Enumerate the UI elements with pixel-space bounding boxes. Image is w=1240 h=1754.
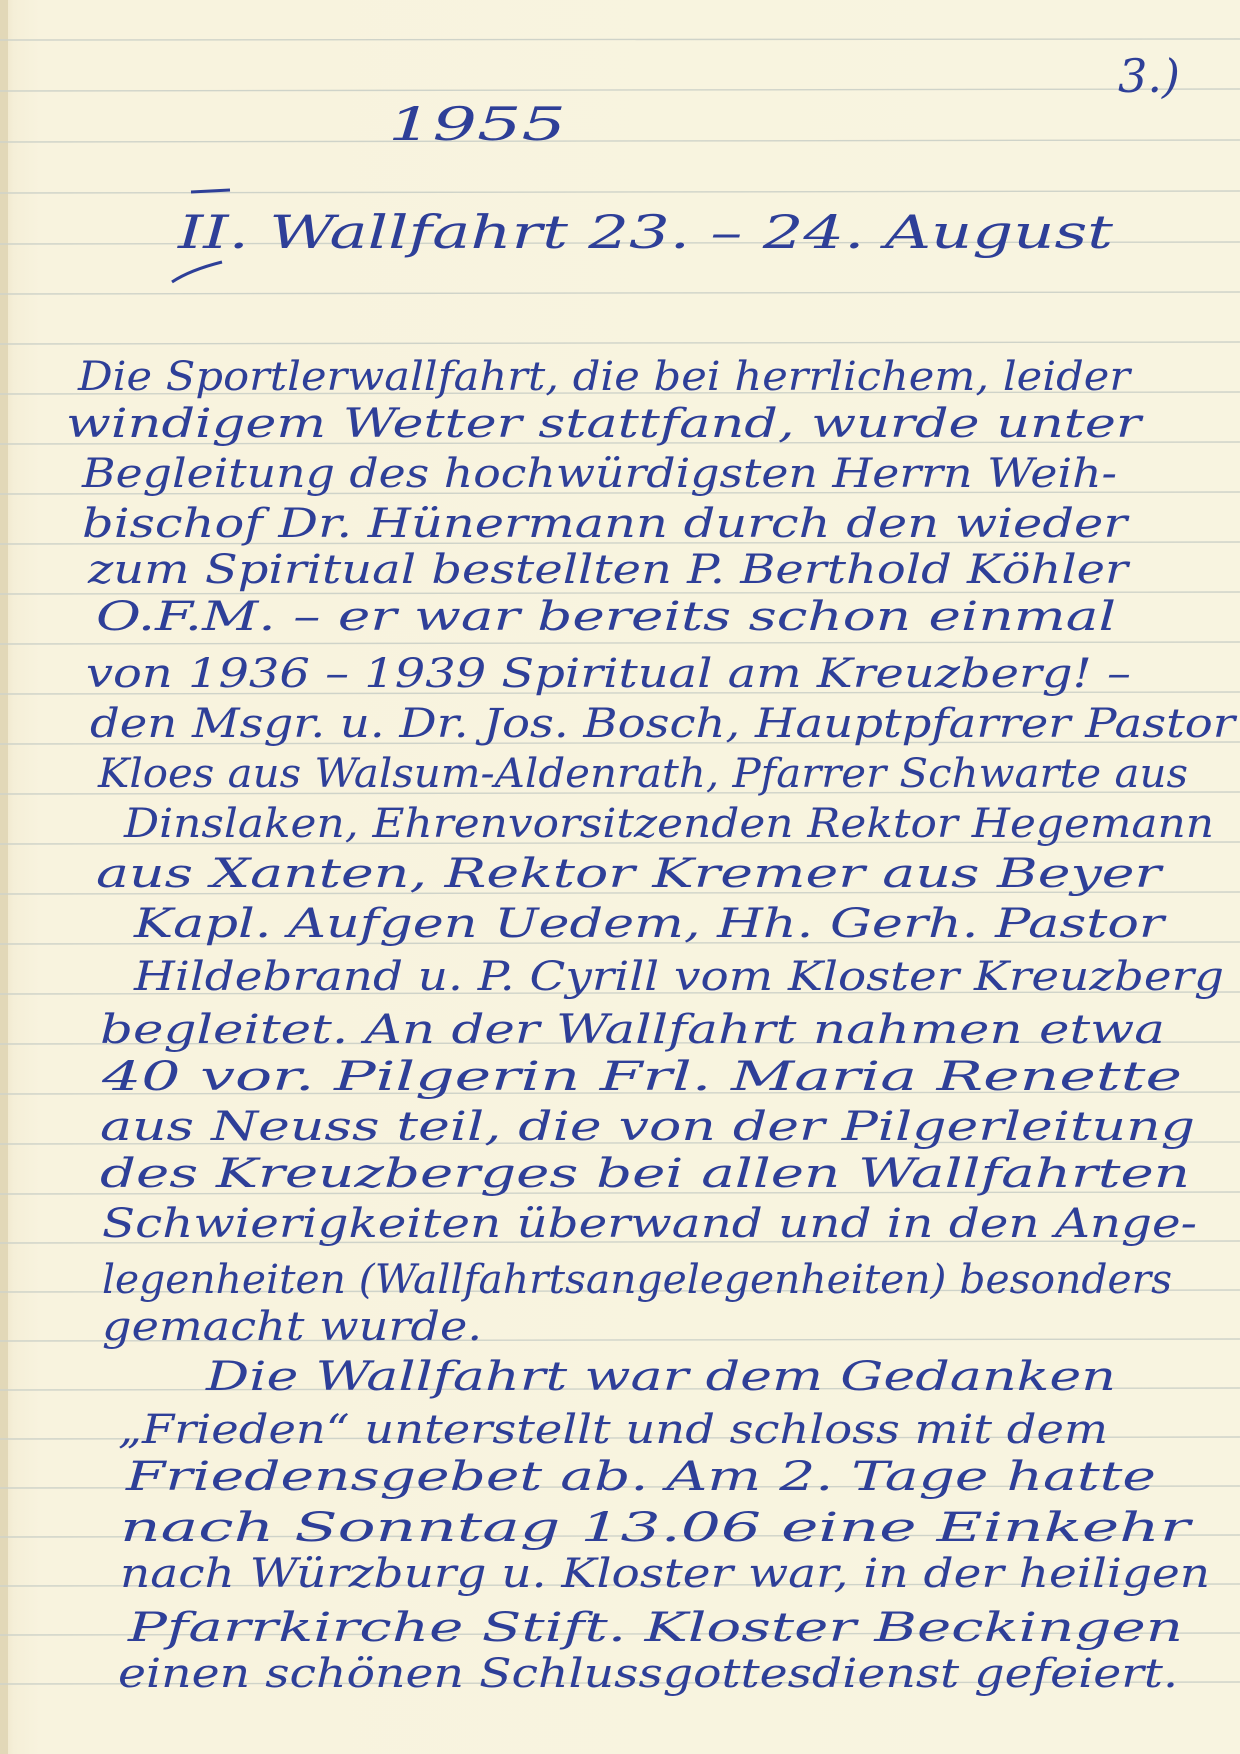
- body-line: des Kreuzberges bei allen Wallfahrten: [100, 1151, 1190, 1197]
- body-line: Die Wallfahrt war dem Gedanken: [205, 1354, 1116, 1400]
- body-line: 40 vor. Pilgerin Frl. Maria Renette: [100, 1054, 1182, 1100]
- body-line: windigem Wetter stattfand, wurde unter: [66, 401, 1145, 447]
- body-line: Friedensgebet ab. Am 2. Tage hatte: [125, 1454, 1156, 1500]
- body-line: von 1936 – 1939 Spiritual am Kreuzberg! …: [86, 651, 1131, 697]
- body-line: O.F.M. – er war bereits schon einmal: [96, 594, 1116, 640]
- body-line: zum Spiritual bestellten P. Berthold Köh…: [87, 547, 1132, 593]
- body-line: gemacht wurde.: [102, 1304, 482, 1350]
- body-line: Pfarrkirche Stift. Kloster Beckingen: [127, 1605, 1183, 1651]
- body-line: aus Xanten, Rektor Kremer aus Beyer: [96, 851, 1165, 897]
- body-line: nach Würzburg u. Kloster war, in der hei…: [120, 1551, 1210, 1597]
- year-heading: 1955: [388, 97, 566, 151]
- page-number: 3.): [1118, 49, 1180, 103]
- body-line: Die Sportlerwallfahrt, die bei herrliche…: [77, 354, 1133, 400]
- body-line: Kloes aus Walsum-Aldenrath, Pfarrer Schw…: [97, 751, 1188, 797]
- body-line: einen schönen Schlussgottesdienst gefeie…: [118, 1651, 1178, 1697]
- body-line: nach Sonntag 13.06 eine Einkehr: [120, 1505, 1195, 1551]
- body-line: „Frieden“ unterstellt und schloss mit de…: [118, 1407, 1108, 1453]
- body-line: Hildebrand u. P. Cyrill vom Kloster Kreu…: [133, 954, 1224, 1000]
- body-line: Dinslaken, Ehrenvorsitzenden Rektor Hege…: [123, 801, 1214, 847]
- ruled-lines: 3.) 1955 II. Wallfahrt 23. – 24. August …: [0, 0, 1240, 1754]
- body-line: begleitet. An der Wallfahrt nahmen etwa: [100, 1007, 1165, 1053]
- body-line: den Msgr. u. Dr. Jos. Bosch, Hauptpfarre…: [90, 701, 1238, 747]
- body-line: Schwierigkeiten überwand und in den Ange…: [102, 1201, 1197, 1247]
- section-heading: II. Wallfahrt 23. – 24. August: [177, 205, 1114, 259]
- body-line: aus Neuss teil, die von der Pilgerleitun…: [100, 1104, 1195, 1150]
- body-line: Kapl. Aufgen Uedem, Hh. Gerh. Pastor: [133, 901, 1168, 947]
- notebook-page: 3.) 1955 II. Wallfahrt 23. – 24. August …: [0, 0, 1240, 1754]
- body-text: Die Sportlerwallfahrt, die bei herrliche…: [66, 354, 1238, 1697]
- body-line: bischof Dr. Hünermann durch den wieder: [82, 501, 1131, 547]
- body-line: Begleitung des hochwürdigsten Herrn Weih…: [81, 451, 1117, 497]
- body-line: legenheiten (Wallfahrtsangelegenheiten) …: [102, 1257, 1172, 1303]
